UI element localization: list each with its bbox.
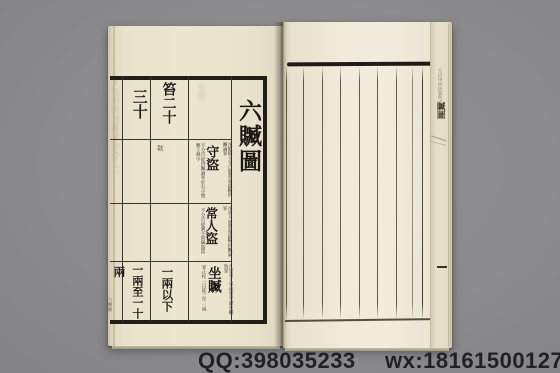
page-stack-edge xyxy=(448,24,449,346)
row3-left-annotation: 罪止杖一百徒三年一兩 xyxy=(192,265,205,319)
table-rule-vertical xyxy=(188,76,189,322)
column-rule-line xyxy=(322,66,323,319)
watermark-qq: QQ:398035233 xyxy=(198,348,356,373)
table-rule-horizontal xyxy=(110,139,231,140)
column-rule-line xyxy=(303,66,304,319)
next-leaf-edge-label: 贓圖 xyxy=(435,102,446,119)
row1-side-mark: 欵 xyxy=(156,145,165,152)
row1-right-annotation: 凡監臨主守自盜倉庫錢糧併贓論罪 xyxy=(219,142,231,200)
show-through-text: 大清律例統纂集成卷之一 xyxy=(112,78,128,248)
table-rule-horizontal xyxy=(110,261,231,262)
row1-left-annotation: 不分首從併贓論罪於右小臂膊上刺字 xyxy=(191,143,204,201)
fold-line xyxy=(431,136,447,142)
column-rule-line xyxy=(340,66,341,319)
row2-label: 常人盜 xyxy=(204,207,218,257)
fold-line xyxy=(431,141,447,146)
amount-cell-1: 一兩以下 xyxy=(161,266,173,318)
row3-label: 坐贓 xyxy=(205,266,220,298)
row2-left-annotation: 不分首從刺字與竊盜同 xyxy=(191,208,204,258)
margin-leaf-label: 六贓圖 xyxy=(106,297,111,311)
table-border-right xyxy=(263,76,267,324)
book-gutter-shadow xyxy=(274,22,288,348)
header-smudge: 卷例 xyxy=(196,84,207,100)
left-page: 大清律例統纂集成卷之一 六贓圖 笞二十 三十 卷例 凡監臨主守自盜倉庫錢糧併贓論… xyxy=(108,26,283,346)
column-rule-line xyxy=(412,66,413,319)
column-rule-line xyxy=(396,66,397,319)
header-punishment-1: 笞二十 xyxy=(160,82,177,137)
chart-title: 六贓圖 xyxy=(235,78,261,194)
page-stack-edge xyxy=(450,26,451,346)
table-rule-vertical xyxy=(122,76,123,322)
column-rule-line xyxy=(359,66,360,319)
column-rule-line xyxy=(377,66,378,319)
next-leaf-edge-title: 大清律例統纂集成 xyxy=(437,68,442,105)
table-rule-vertical xyxy=(150,76,151,322)
watermark-wx: wx:18161500127 xyxy=(385,348,560,373)
amount-cell-2: 一兩至一十 xyxy=(131,264,143,322)
table-rule-horizontal xyxy=(110,203,231,204)
right-page: 大清律例統纂集成 贓圖 xyxy=(283,22,452,348)
amount-cell-2-wrap: 兩 xyxy=(113,266,125,280)
row1-label: 守盜 xyxy=(203,145,217,187)
margin-tick-mark xyxy=(437,266,447,268)
header-punishment-2: 三十 xyxy=(130,89,148,135)
row2-right-annotation: 凡常人盜倉庫錢糧併贓論罪 xyxy=(219,206,231,258)
ruled-area-right-border xyxy=(422,66,424,319)
row3-right-annotation: 凡官吏人等因事受財坐贓致罪 xyxy=(220,264,232,318)
next-leaf-edge: 大清律例統纂集成 贓圖 xyxy=(430,22,448,348)
